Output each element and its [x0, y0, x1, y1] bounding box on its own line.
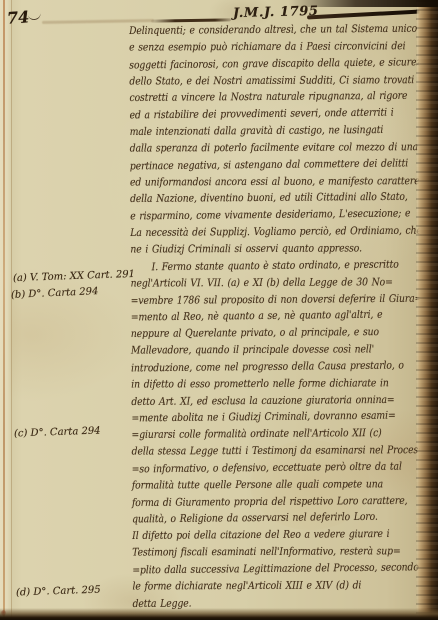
manuscript-line: ne i Giudizj Criminali si osservi quanto… — [130, 240, 426, 258]
folio-flourish — [27, 11, 41, 21]
margin-note-b: (b) D°. Carta 294 — [11, 286, 99, 301]
page-edge-bottom — [0, 608, 438, 620]
manuscript-line: soggetti facinorosi, con grave discapito… — [129, 54, 425, 74]
manuscript-line: =giurarsi colle formalità ordinate nell'… — [131, 425, 427, 444]
manuscript-line: La necessità dei Supplizj. Vogliamo perc… — [130, 223, 426, 242]
manuscript-line: le forme dichiarate negl'Articoli XIII e… — [132, 577, 428, 595]
manuscript-line: formalità tutte quelle Persone alle qual… — [132, 476, 428, 494]
manuscript-line: Mallevadore, quando il principale dovess… — [131, 341, 427, 359]
margin-note-a: (a) V. Tom: XX Cart. 291 — [13, 269, 135, 284]
manuscript-line: in difetto di esso prometterlo nelle for… — [131, 375, 427, 393]
manuscript-body: Delinquenti; e considerando altresì, che… — [129, 21, 428, 613]
manuscript-line: =plito dalla successiva Legittimazione d… — [132, 559, 428, 579]
manuscript-line: Il difetto poi della citazione del Reo a… — [132, 526, 428, 545]
gutter-line — [3, 0, 5, 620]
margin-note-c: (c) D°. Carta 294 — [14, 425, 101, 439]
manuscript-line-article-start: I. Fermo stante quanto è stato ordinato,… — [130, 256, 426, 276]
binding-edge-right — [416, 0, 438, 620]
manuscript-page: 74 J.M.J. 1795 Delinquenti; e consideran… — [0, 0, 438, 620]
manuscript-line: introduzione, come nel progresso della C… — [131, 357, 427, 377]
manuscript-line: e senza esempio può richiamare da i Paes… — [129, 38, 425, 56]
top-edge-shadow — [288, 0, 438, 7]
manuscript-line: neppure al Querelante privato, o al prin… — [131, 324, 427, 343]
manuscript-line: Delinquenti; e considerando altresì, che… — [129, 21, 425, 40]
manuscript-line: ed a ristabilire dei provvedimenti sever… — [130, 104, 426, 124]
manuscript-line: male intenzionati dalla gravità di casti… — [130, 122, 426, 141]
manuscript-line: dello Stato, e dei Nostri amatissimi Sud… — [129, 72, 425, 90]
margin-note-d: (d) D°. Cart. 295 — [16, 585, 101, 599]
manuscript-line: pertinace negativa, si astengano dal com… — [130, 155, 426, 175]
manuscript-line: =so informativo, o defensivo, eccettuate… — [132, 458, 428, 478]
manuscript-line: negl'Articoli VI. VII. (a) e XI (b) dell… — [131, 274, 427, 292]
folio-number: 74 — [6, 7, 30, 28]
margin-crease — [11, 0, 12, 620]
manuscript-line: ed uniformandosi ancora essi al buono, e… — [130, 173, 426, 191]
manuscript-line: dalla speranza di poterlo facilmente evi… — [130, 139, 426, 157]
